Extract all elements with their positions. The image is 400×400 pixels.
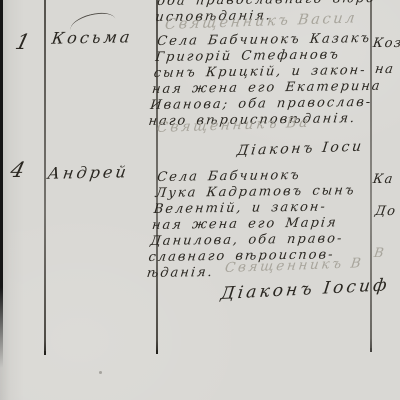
next-column-fragment: В xyxy=(373,246,386,261)
text-line: Села Бабчинокъ Казакъ xyxy=(156,31,387,50)
register-scan-page: оба православнаго вѣро- исповѣданія. Свя… xyxy=(0,0,400,400)
entry-4-name: Андрей xyxy=(47,162,131,182)
column-rule-1 xyxy=(44,0,46,355)
next-column-fragment: До xyxy=(374,204,398,219)
entry-1-name: Косьма xyxy=(51,27,134,47)
entry-1-parents-text: Села Бабчинокъ Казакъ Григорій Стефановъ… xyxy=(148,31,388,130)
entry-4-number: 4 xyxy=(8,158,27,182)
next-column-fragment: Ка xyxy=(372,172,395,187)
deacon-signature-1: Діаконъ Іоси xyxy=(236,139,365,159)
next-column-fragment: Коз xyxy=(372,36,400,51)
entry-1-number: 1 xyxy=(13,30,32,54)
scan-left-edge xyxy=(0,0,3,368)
paper-speck xyxy=(99,371,102,374)
next-column-fragment: на xyxy=(374,62,395,77)
